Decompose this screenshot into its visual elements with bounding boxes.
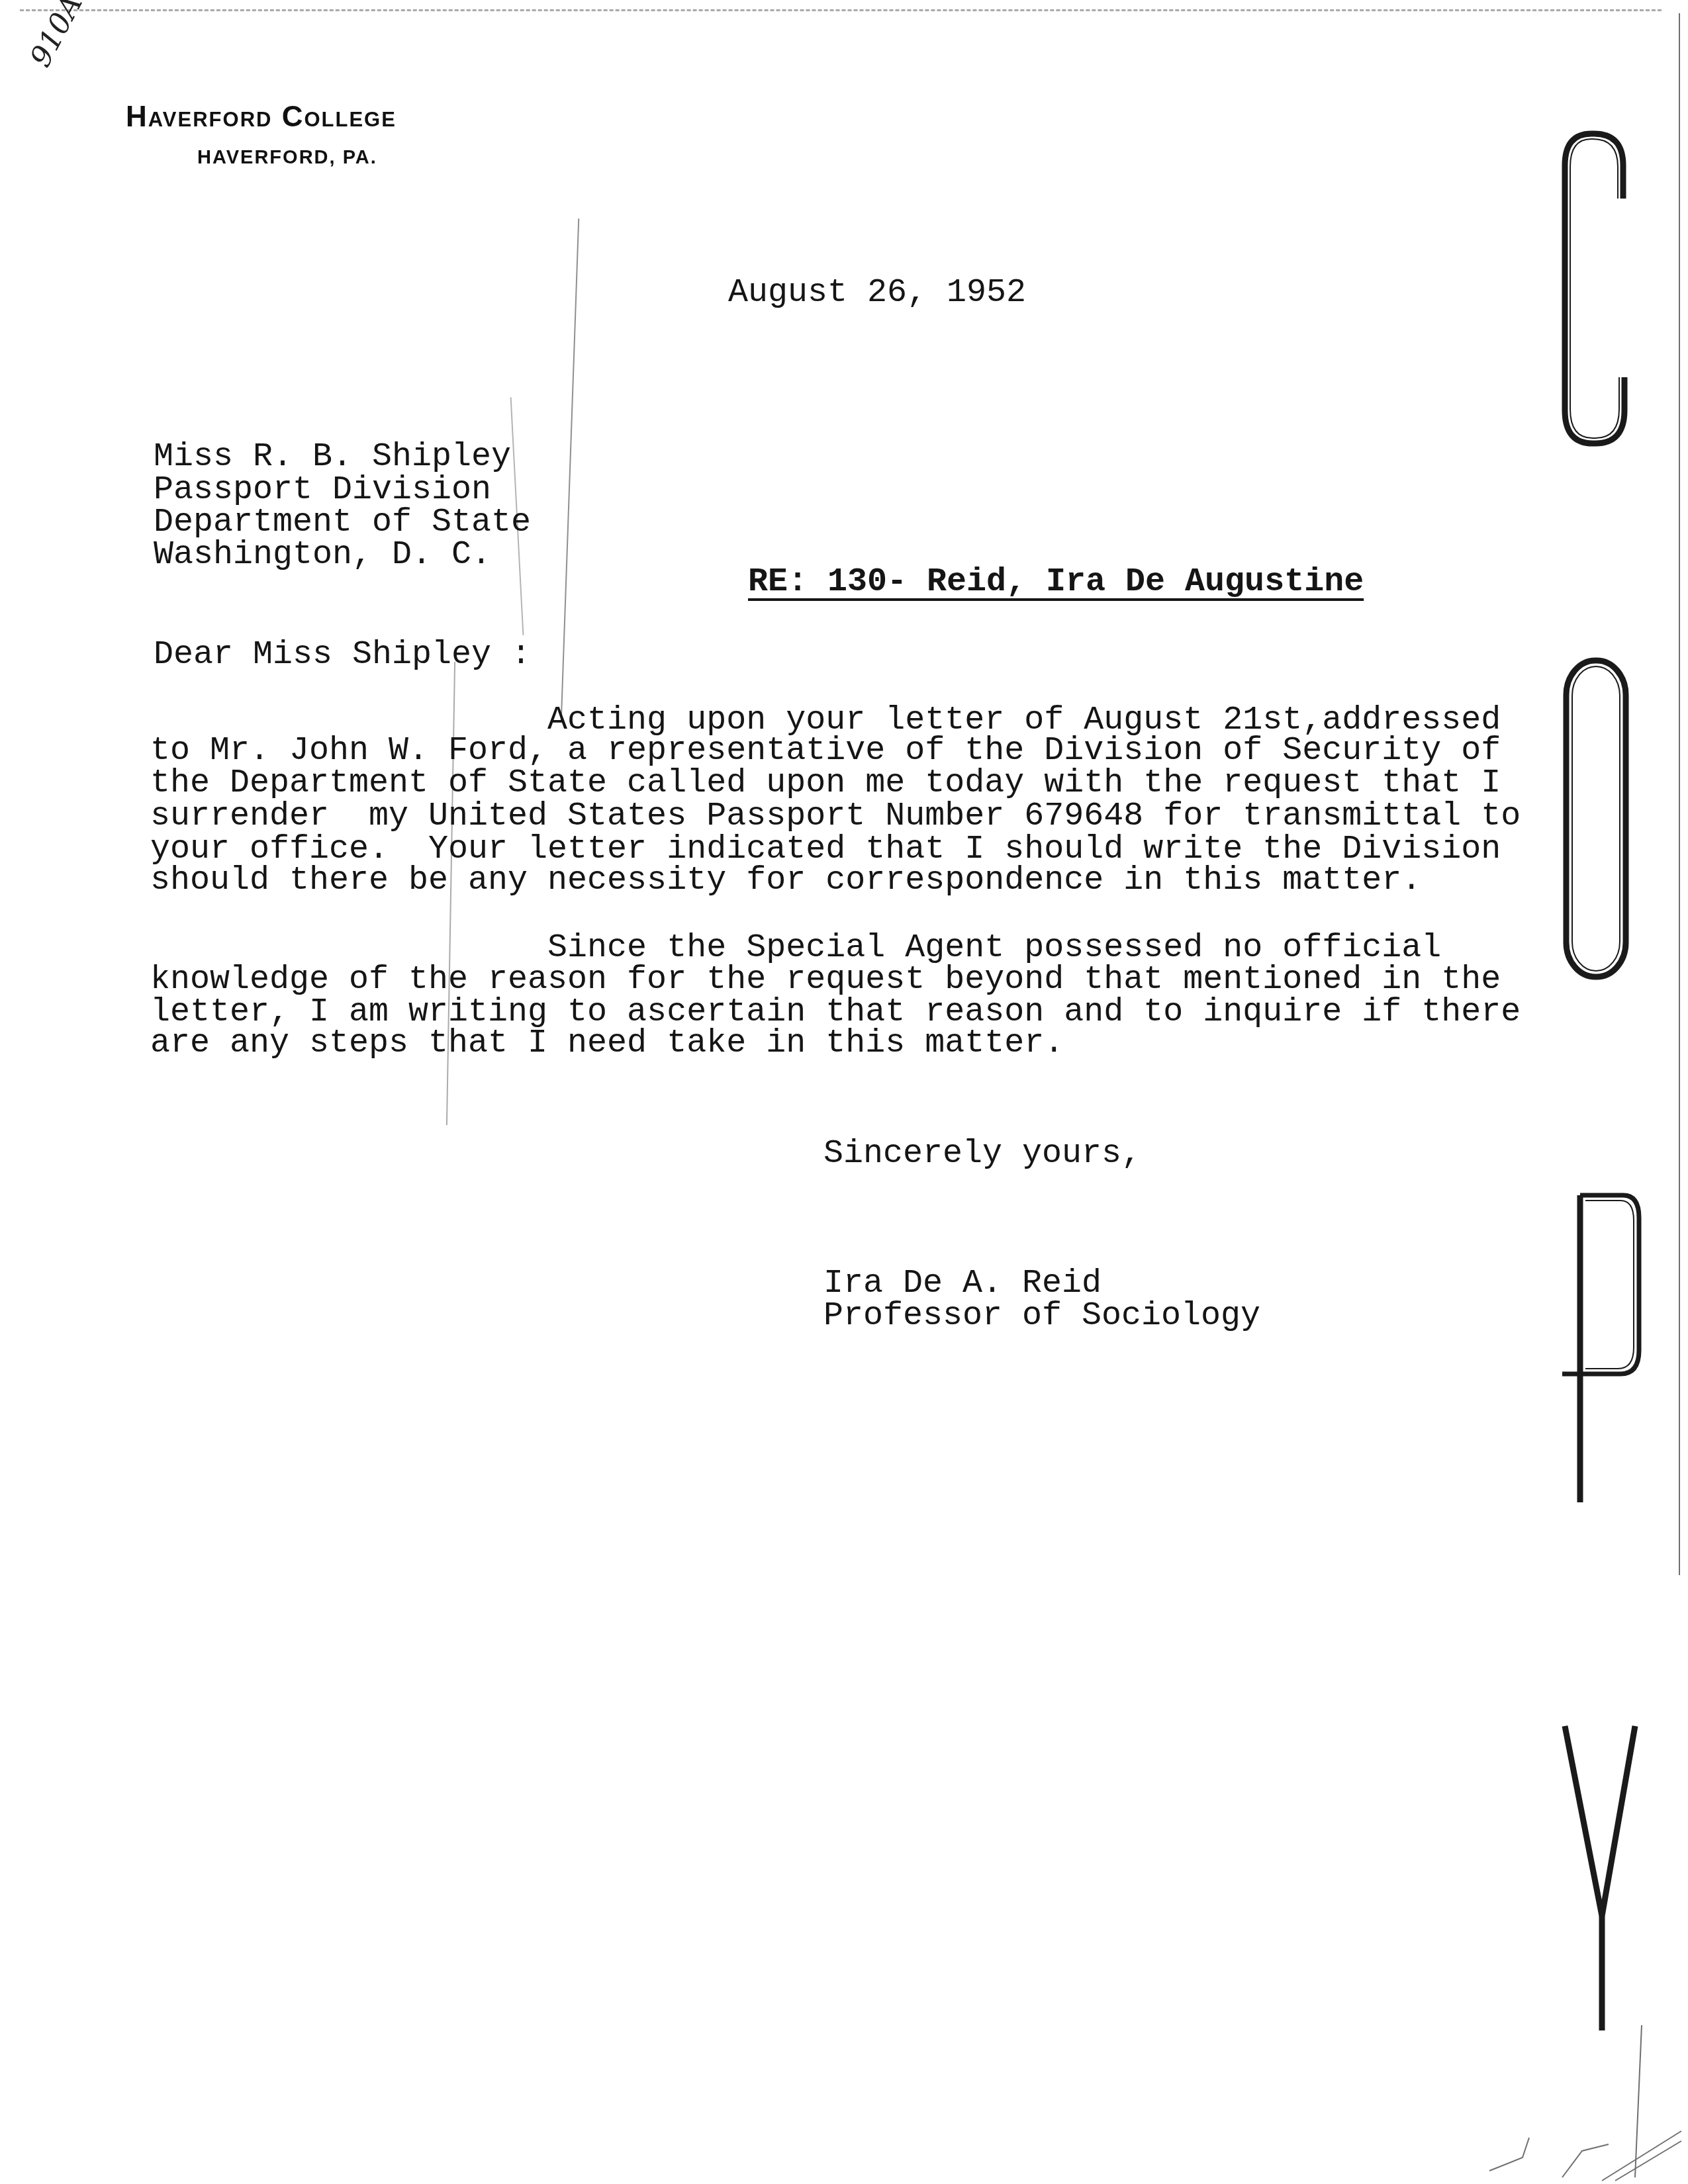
letterhead-location: HAVERFORD, PA. [197, 147, 377, 169]
page-top-edge [20, 9, 1662, 11]
copy-stamp [1549, 119, 1648, 2052]
letterhead-institution: Haverford College [126, 101, 397, 134]
signature-title: Professor of Sociology [823, 1300, 1260, 1333]
letter-page: 910A Haverford College HAVERFORD, PA. Au… [0, 0, 1688, 2184]
body-line: surrender my United States Passport Numb… [150, 800, 1521, 833]
crease-mark [561, 218, 580, 721]
recipient-line: Washington, D. C. [154, 539, 491, 572]
body-line: to Mr. John W. Ford, a representative of… [150, 735, 1501, 768]
letter-date: August 26, 1952 [728, 277, 1026, 310]
copy-letter-o [1566, 660, 1626, 977]
body-line: Since the Special Agent possessed no off… [150, 932, 1441, 965]
salutation: Dear Miss Shipley : [154, 639, 531, 672]
copy-letter-c [1565, 134, 1624, 443]
recipient-line: Passport Division [154, 474, 491, 507]
closing: Sincerely yours, [823, 1138, 1141, 1171]
recipient-line: Miss R. B. Shipley [154, 441, 511, 474]
body-line: should there be any necessity for corres… [150, 864, 1421, 897]
body-line: are any steps that I need take in this m… [150, 1027, 1064, 1060]
signature-name: Ira De A. Reid [823, 1267, 1102, 1300]
recipient-line: Department of State [154, 506, 531, 539]
body-line: knowledge of the reason for the request … [150, 964, 1501, 997]
body-line: the Department of State called upon me t… [150, 767, 1501, 800]
worn-corner-marks [1483, 1999, 1688, 2184]
copy-letter-p [1562, 1195, 1639, 1502]
copy-letter-y [1565, 1726, 1635, 2030]
page-right-edge [1679, 13, 1680, 1575]
subject-line: RE: 130- Reid, Ira De Augustine [748, 566, 1364, 599]
